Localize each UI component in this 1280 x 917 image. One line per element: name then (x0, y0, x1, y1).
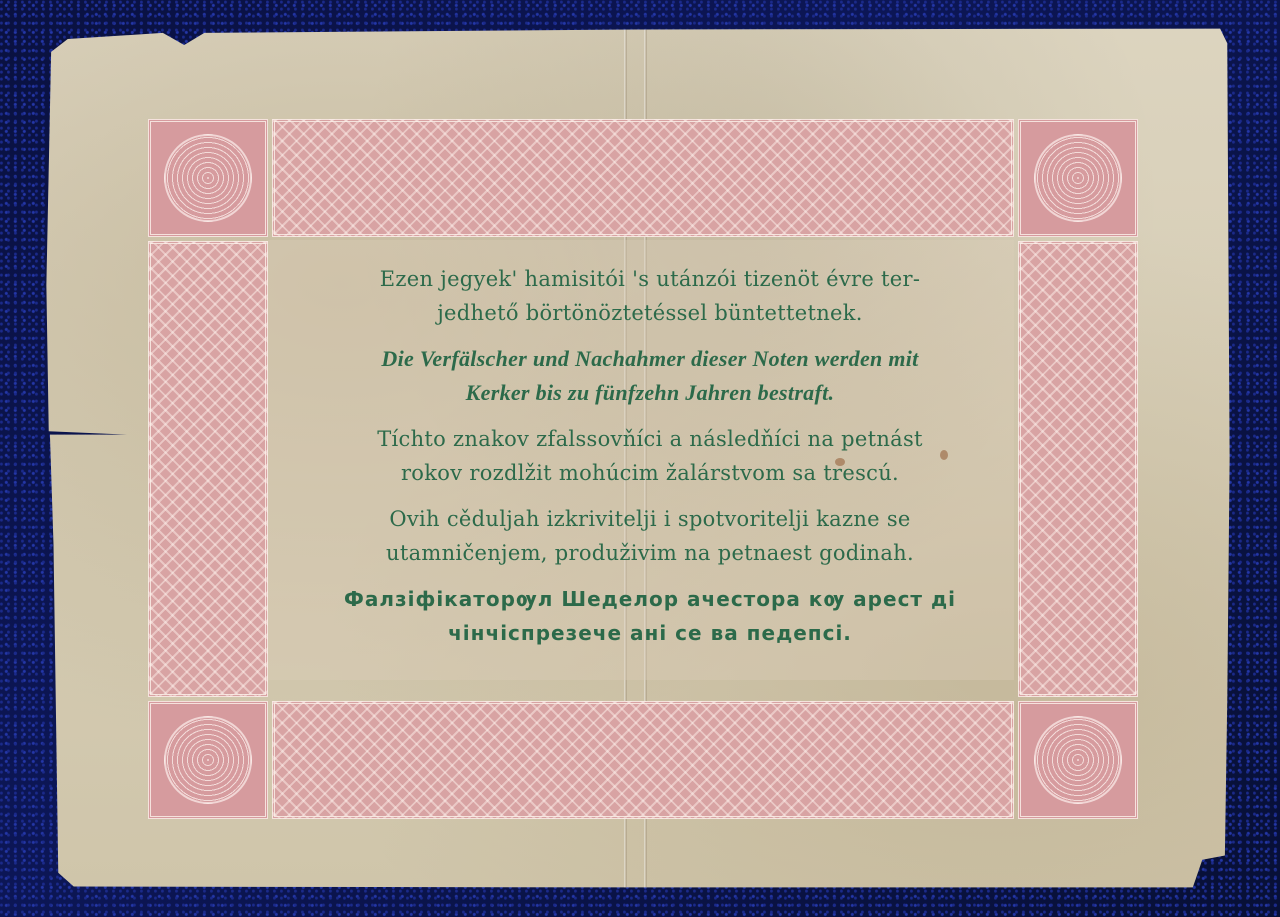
rosette-icon (164, 134, 252, 222)
guilloche-band-top (272, 119, 1014, 237)
guilloche-band-left (148, 241, 268, 697)
counterfeit-warning: Ezen jegyek' hamisitói 's utánzói tizenö… (290, 262, 1010, 662)
warning-line: Kerker bis zu fünfzehn Jahren bestraft. (466, 380, 835, 405)
warning-line: Ovih cěduljah izkrivitelji i spotvoritel… (389, 507, 910, 531)
warning-line: rokov rozdlžit mohúcim žalárstvom sa tre… (401, 461, 899, 485)
guilloche-band-right (1018, 241, 1138, 697)
corner-rosette-top-right (1018, 119, 1138, 237)
rosette-icon (1034, 716, 1122, 804)
corner-rosette-bottom-left (148, 701, 268, 819)
warning-romanian-cyrillic: Фалзіфікаторѹл Шеделор ачестора кѹ арест… (290, 582, 1010, 650)
warning-croatian: Ovih cěduljah izkrivitelji i spotvoritel… (290, 502, 1010, 570)
corner-rosette-bottom-right (1018, 701, 1138, 819)
warning-line: чінчіспрезече ані се ва педепсі. (448, 621, 852, 645)
warning-slovak: Tíchto znakov zfalssovňíci a následňíci … (290, 422, 1010, 490)
warning-german: Die Verfälscher und Nachahmer dieser Not… (290, 342, 1010, 410)
warning-line: Die Verfälscher und Nachahmer dieser Not… (381, 346, 918, 371)
warning-line: utamničenjem, produživim na petnaest god… (386, 541, 914, 565)
warning-line: Фалзіфікаторѹл Шеделор ачестора кѹ арест… (344, 587, 956, 611)
rosette-icon (1034, 134, 1122, 222)
guilloche-band-bottom (272, 701, 1014, 819)
warning-hungarian: Ezen jegyek' hamisitói 's utánzói tizenö… (290, 262, 1010, 330)
warning-line: jedhető börtönöztetéssel büntettetnek. (437, 301, 863, 325)
corner-rosette-top-left (148, 119, 268, 237)
warning-line: Tíchto znakov zfalssovňíci a následňíci … (377, 427, 923, 451)
warning-line: Ezen jegyek' hamisitói 's utánzói tizenö… (380, 267, 921, 291)
rosette-icon (164, 716, 252, 804)
